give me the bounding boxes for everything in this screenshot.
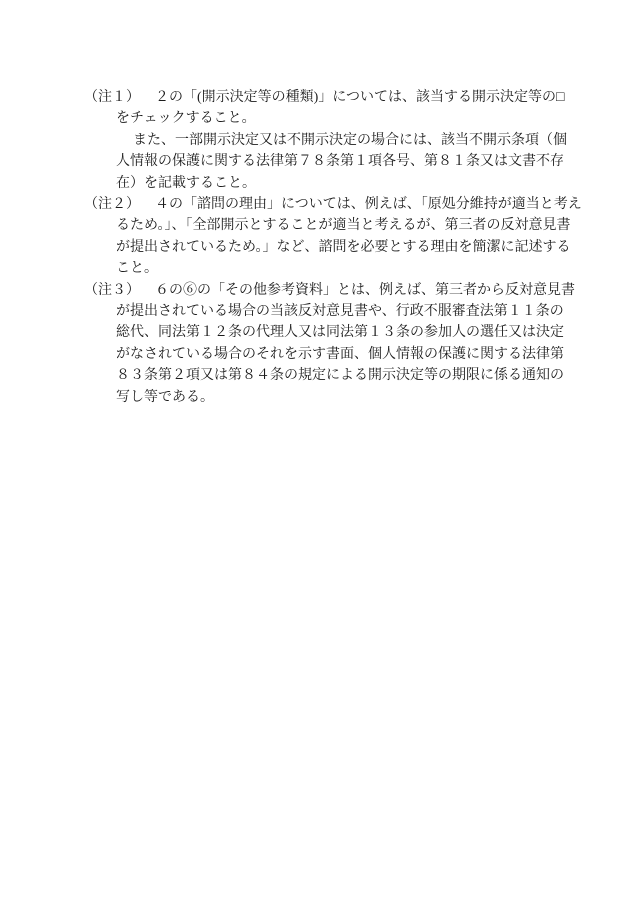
note-3-line-4: がなされている場合のそれを示す書面、個人情報の保護に関する法律第 bbox=[0, 344, 630, 365]
note-2-line-4: こと。 bbox=[0, 258, 630, 279]
note-3-line-3: 総代、同法第１２条の代理人又は同法第１３条の参加人の選任又は決定 bbox=[0, 322, 630, 343]
note-2-line-1: （注２）４の「諮問の理由」については、例えば、「原処分維持が適当と考え bbox=[0, 194, 630, 215]
note-1-text: ２の「(開示決定等の種類)」については、該当する開示決定等の□ bbox=[155, 90, 565, 105]
note-3-line-5: ８３条第２項又は第８４条の規定による開示決定等の期限に係る通知の bbox=[0, 365, 630, 386]
note-1-line-5: 在）を記載すること。 bbox=[0, 173, 630, 194]
note-1: （注１）２の「(開示決定等の種類)」については、該当する開示決定等の□ をチェッ… bbox=[0, 87, 630, 194]
note-3-line-6: 写し等である。 bbox=[0, 387, 630, 408]
note-2-label: （注２） bbox=[84, 194, 155, 215]
notes-section: （注１）２の「(開示決定等の種類)」については、該当する開示決定等の□ をチェッ… bbox=[0, 87, 630, 408]
note-1-line-1: （注１）２の「(開示決定等の種類)」については、該当する開示決定等の□ bbox=[0, 87, 630, 108]
note-2: （注２）４の「諮問の理由」については、例えば、「原処分維持が適当と考え るため。… bbox=[0, 194, 630, 280]
note-3-text: ６の⑥の「その他参考資料」とは、例えば、第三者から反対意見書 bbox=[155, 283, 575, 298]
note-3-line-1: （注３）６の⑥の「その他参考資料」とは、例えば、第三者から反対意見書 bbox=[0, 280, 630, 301]
note-1-line-2: をチェックすること。 bbox=[0, 108, 630, 129]
note-3-line-2: が提出されている場合の当該反対意見書や、行政不服審査法第１１条の bbox=[0, 301, 630, 322]
note-2-line-2: るため。」、「全部開示とすることが適当と考えるが、第三者の反対意見書 bbox=[0, 215, 630, 236]
note-2-text: ４の「諮問の理由」については、例えば、「原処分維持が適当と考え bbox=[155, 197, 582, 212]
note-1-label: （注１） bbox=[84, 87, 155, 108]
note-1-line-4: 人情報の保護に関する法律第７８条第１項各号、第８１条又は文書不存 bbox=[0, 151, 630, 172]
note-3-label: （注３） bbox=[84, 280, 155, 301]
note-3: （注３）６の⑥の「その他参考資料」とは、例えば、第三者から反対意見書 が提出され… bbox=[0, 280, 630, 408]
note-2-line-3: が提出されているため。」など、諮問を必要とする理由を簡潔に記述する bbox=[0, 237, 630, 258]
document-page: （注１）２の「(開示決定等の種類)」については、該当する開示決定等の□ をチェッ… bbox=[0, 0, 630, 903]
note-1-line-3: また、一部開示決定又は不開示決定の場合には、該当不開示条項（個 bbox=[0, 130, 630, 151]
